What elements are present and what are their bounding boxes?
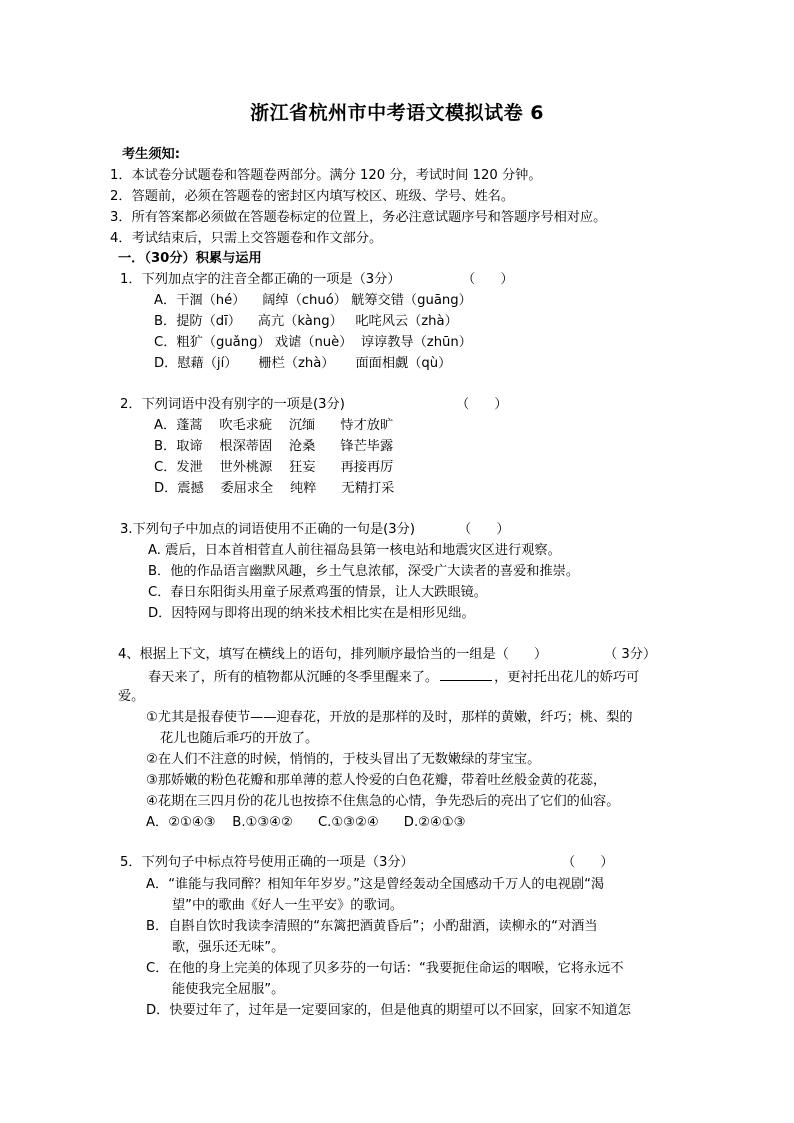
question-3-option: B．他的作品语言幽默风趣，乡土气息浓郁，深受广大读者的喜爱和推崇。 — [148, 562, 579, 582]
question-4-item: ②在人们不注意的时候，悄悄的，于枝头冒出了无数嫩绿的芽宝宝。 — [146, 750, 540, 770]
page-title: 浙江省杭州市中考语文模拟试卷 6 — [0, 98, 794, 125]
question-5-option: C．在他的身上完美的体现了贝多芬的一句话：“我要扼住命运的咽喉，它将永远不 — [146, 959, 624, 979]
question-5-option-cont: 歌，强乐还无味”。 — [172, 938, 284, 958]
question-2-stem: 2．下列词语中没有别字的一项是(3分) — [120, 395, 345, 415]
question-4-item: 花儿也随后乖巧的开放了。 — [160, 729, 318, 749]
question-1-option: B．提防（dī） 高亢（kàng） 叱咤风云（zhà） — [154, 312, 458, 332]
question-2-option: C．发泄 世外桃源 狂妄 再接再厉 — [154, 458, 393, 478]
question-5-option-cont: 望”中的歌曲《好人一生平安》的歌词。 — [172, 896, 403, 916]
fill-in-blank — [440, 666, 492, 681]
notice-item: 1．本试卷分试题卷和答题卷两部分。满分 120 分，考试时间 120 分钟。 — [110, 166, 542, 186]
question-2-option: B．取谛 根深蒂固 沧桑 锋芒毕露 — [154, 437, 393, 457]
question-4-item: ①尤其是报春使节——迎春花，开放的是那样的及时，那样的黄嫩，纤巧；桃、梨的 — [146, 708, 633, 728]
question-3-option: C．春日东阳街头用童子尿煮鸡蛋的情景，让人大跌眼镜。 — [148, 583, 487, 603]
answer-blank: （ ） — [456, 395, 508, 415]
question-2-option: A．蓬蒿 吹毛求疵 沉缅 恃才放旷 — [154, 416, 393, 436]
notice-heading: 考生须知: — [122, 145, 180, 165]
notice-item: 4．考试结束后，只需上交答题卷和作文部分。 — [110, 229, 382, 249]
question-1-option: C．粗犷（guǎng） 戏谑（nuè） 谆谆教导（zhūn） — [154, 333, 472, 353]
answer-blank: （ ） — [458, 520, 510, 540]
question-1-stem: 1．下列加点字的注音全都正确的一项是（3分） — [120, 270, 401, 290]
question-3-option: A. 震后，日本首相菅直人前往福岛县第一核电站和地震灾区进行观察。 — [148, 541, 561, 561]
question-4-passage: 春天来了，所有的植物都从沉睡的冬季里醒来了。，更衬托出花儿的娇巧可 — [148, 666, 639, 688]
notice-item: 3．所有答案都必须做在答题卷标定的位置上，务必注意试题序号和答题序号相对应。 — [110, 208, 606, 228]
question-2-option: D．震撼 委屈求全 纯粹 无精打采 — [154, 479, 394, 499]
question-5-stem: 5．下列句子中标点符号使用正确的一项是（3分） — [120, 853, 414, 873]
answer-blank: （ ） — [562, 853, 614, 873]
question-5-option: A．“谁能与我同醉？相知年年岁岁。”这是曾经轰动全国感动千万人的电视剧“渴 — [146, 875, 604, 895]
question-1-option: A．干涸（hé） 阔绰（chuó） 觥筹交错（guāng） — [154, 291, 472, 311]
question-4-options: A．②①④③ B.①③④② C.①③②④ D.②④①③ — [146, 813, 465, 833]
question-4-stem: 4、根据上下文，填写在横线上的语句，排列顺序最恰当的一组是（ ） — [118, 645, 547, 665]
question-4-passage-end: 爱。 — [118, 687, 144, 707]
exam-page: 浙江省杭州市中考语文模拟试卷 6 考生须知: 1．本试卷分试题卷和答题卷两部分。… — [0, 0, 794, 1123]
passage-text: ，更衬托出花儿的娇巧可 — [494, 670, 639, 685]
question-3-option: D．因特网与即将出现的纳米技术相比实在是相形见绌。 — [148, 604, 475, 624]
question-5-option: D．快要过年了，过年是一定要回家的，但是他真的期望可以不回家，回家不知道怎 — [146, 1001, 631, 1021]
section-heading: 一．（30分）积累与运用 — [118, 249, 262, 269]
notice-item: 2．答题前，必须在答题卷的密封区内填写校区、班级、学号、姓名。 — [110, 187, 514, 207]
question-1-option: D．慰藉（jí） 栅栏（zhà） 面面相觑（qù） — [154, 354, 451, 374]
question-5-option: B．自斟自饮时我读李清照的“东篱把酒黄昏后”；小酌甜酒，读柳永的“对酒当 — [146, 917, 598, 937]
passage-text: 春天来了，所有的植物都从沉睡的冬季里醒来了。 — [148, 670, 438, 685]
question-4-item: ③那娇嫩的粉色花瓣和那单薄的惹人怜爱的白色花瓣，带着吐丝般金黄的花蕊， — [146, 771, 606, 791]
answer-blank: （ ） — [462, 270, 514, 290]
question-5-option-cont: 能使我完全屈服”。 — [172, 980, 284, 1000]
question-4-item: ④花期在三四月份的花儿也按捺不住焦急的心情，争先恐后的亮出了它们的仙容。 — [146, 792, 619, 812]
question-4-score: （ 3分） — [604, 645, 656, 665]
question-3-stem: 3.下列句子中加点的词语使用不正确的一句是(3分) — [120, 520, 415, 540]
